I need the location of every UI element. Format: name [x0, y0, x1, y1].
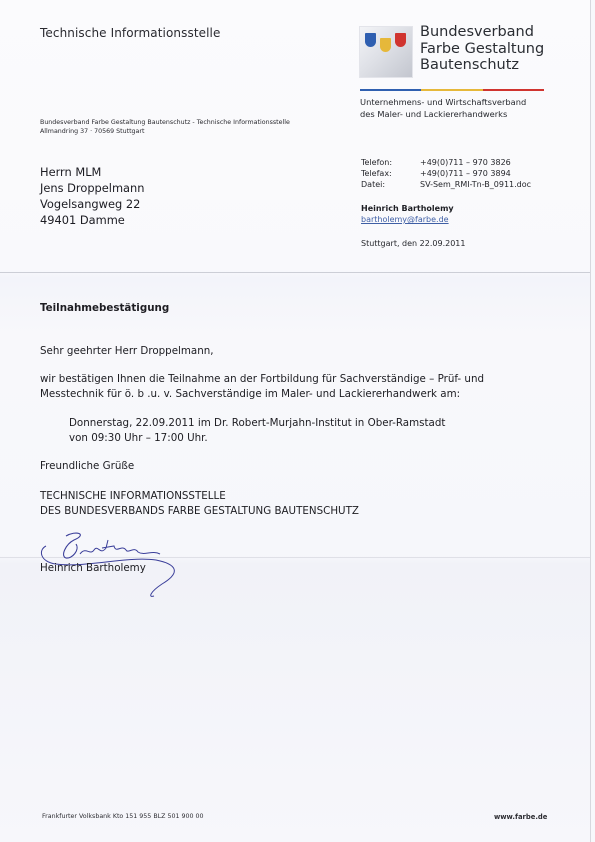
blue-shield-icon [365, 33, 376, 47]
sender-line: Allmandring 37 · 70569 Stuttgart [40, 127, 290, 136]
contact-row-fax: Telefax: +49(0)711 – 970 3894 [361, 168, 531, 179]
contact-value: +49(0)711 – 970 3826 [420, 157, 511, 168]
rule-blue [360, 89, 421, 91]
org-signature-line: DES BUNDESVERBANDS FARBE GESTALTUNG BAUT… [40, 504, 359, 519]
footer-website-link[interactable]: www.farbe.de [494, 813, 547, 821]
recipient-line: 49401 Damme [40, 212, 144, 228]
contact-row-file: Datei: SV-Sem_RMI-Tn-B_0911.doc [361, 179, 531, 190]
place-date: Stuttgart, den 22.09.2011 [361, 239, 465, 248]
rule-yellow [421, 89, 482, 91]
organization-name: Bundesverband Farbe Gestaltung Bautensch… [420, 24, 544, 74]
contact-row-phone: Telefon: +49(0)711 – 970 3826 [361, 157, 531, 168]
organization-signature-block: TECHNISCHE INFORMATIONSSTELLE DES BUNDES… [40, 489, 359, 518]
contact-value: +49(0)711 – 970 3894 [420, 168, 511, 179]
contact-name: Heinrich Bartholemy [361, 204, 454, 213]
footer-bank-details: Frankfurter Volksbank Kto 151 955 BLZ 50… [42, 813, 204, 820]
department-title: Technische Informationsstelle [40, 26, 220, 40]
body-line: Messtechnik für ö. b .u. v. Sachverständ… [40, 387, 484, 402]
recipient-address: Herrn MLM Jens Droppelmann Vogelsangweg … [40, 164, 144, 228]
org-signature-line: TECHNISCHE INFORMATIONSSTELLE [40, 489, 359, 504]
org-name-line: Bautenschutz [420, 57, 544, 74]
event-line: von 09:30 Uhr – 17:00 Uhr. [69, 431, 445, 446]
fold-line [0, 272, 590, 273]
tricolor-rule [360, 89, 544, 91]
three-shields-logo-icon [359, 26, 413, 78]
recipient-line: Vogelsangweg 22 [40, 196, 144, 212]
event-line: Donnerstag, 22.09.2011 im Dr. Robert-Mur… [69, 416, 445, 431]
org-subtitle-line: des Maler- und Lackiererhandwerks [360, 109, 526, 121]
contact-details: Telefon: +49(0)711 – 970 3826 Telefax: +… [361, 157, 531, 190]
body-line: wir bestätigen Ihnen die Teilnahme an de… [40, 372, 484, 387]
organization-subtitle: Unternehmens- und Wirtschaftsverband des… [360, 97, 526, 120]
body-paragraph: wir bestätigen Ihnen die Teilnahme an de… [40, 372, 484, 401]
contact-value: SV-Sem_RMI-Tn-B_0911.doc [420, 179, 531, 190]
signer-name: Heinrich Bartholemy [40, 562, 146, 574]
sender-line: Bundesverband Farbe Gestaltung Bautensch… [40, 118, 290, 127]
salutation: Sehr geehrter Herr Droppelmann, [40, 345, 214, 357]
sender-return-address: Bundesverband Farbe Gestaltung Bautensch… [40, 118, 290, 136]
recipient-line: Herrn MLM [40, 164, 144, 180]
contact-label: Telefon: [361, 157, 420, 168]
rule-red [483, 89, 544, 91]
letter-subject: Teilnahmebestätigung [40, 302, 169, 314]
org-subtitle-line: Unternehmens- und Wirtschaftsverband [360, 97, 526, 109]
letter-page: Technische Informationsstelle Bundesverb… [0, 0, 591, 842]
recipient-line: Jens Droppelmann [40, 180, 144, 196]
closing: Freundliche Grüße [40, 460, 134, 472]
contact-label: Datei: [361, 179, 420, 190]
contact-label: Telefax: [361, 168, 420, 179]
yellow-shield-icon [380, 38, 391, 52]
org-name-line: Farbe Gestaltung [420, 41, 544, 58]
contact-email-link[interactable]: bartholemy@farbe.de [361, 215, 449, 224]
event-details: Donnerstag, 22.09.2011 im Dr. Robert-Mur… [69, 416, 445, 445]
red-shield-icon [395, 33, 406, 47]
org-name-line: Bundesverband [420, 24, 544, 41]
